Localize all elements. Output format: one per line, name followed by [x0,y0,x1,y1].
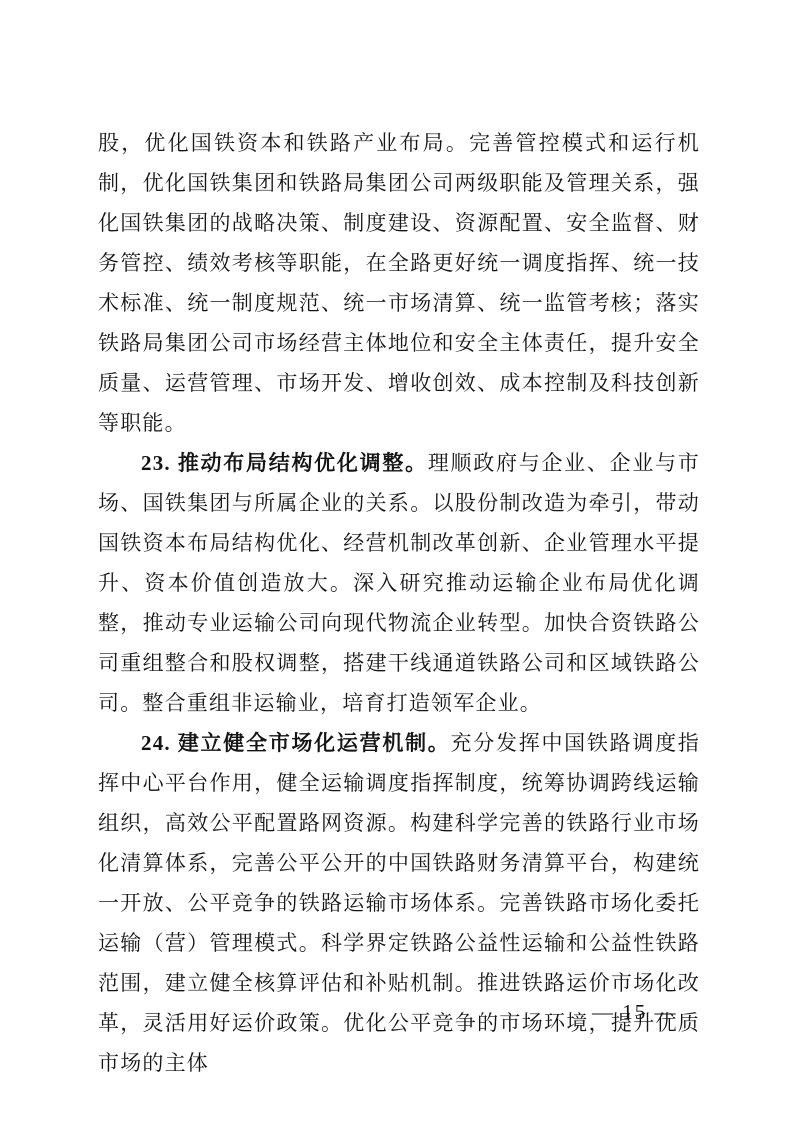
body-paragraph-item-23: 23. 推动布局结构优化调整。理顺政府与企业、企业与市场、国铁集团与所属企业的关… [98,443,700,723]
document-page: 股，优化国铁资本和铁路产业布局。完善管控模式和运行机制，优化国铁集团和铁路局集团… [0,0,793,1122]
document-body: 股，优化国铁资本和铁路产业布局。完善管控模式和运行机制，优化国铁集团和铁路局集团… [98,123,700,1083]
item-24-heading: 24. 建立健全市场化运营机制。 [141,731,451,755]
paragraph-text: 股，优化国铁资本和铁路产业布局。完善管控模式和运行机制，优化国铁集团和铁路局集团… [98,131,700,435]
item-23-heading: 23. 推动布局结构优化调整。 [141,451,428,475]
body-paragraph-continuation: 股，优化国铁资本和铁路产业布局。完善管控模式和运行机制，优化国铁集团和铁路局集团… [98,123,700,443]
item-23-text: 理顺政府与企业、企业与市场、国铁集团与所属企业的关系。以股份制改造为牵引，带动国… [98,451,700,715]
page-number: — 15 — [592,996,702,1028]
body-paragraph-item-24: 24. 建立健全市场化运营机制。充分发挥中国铁路调度指挥中心平台作用，健全运输调… [98,723,700,1083]
